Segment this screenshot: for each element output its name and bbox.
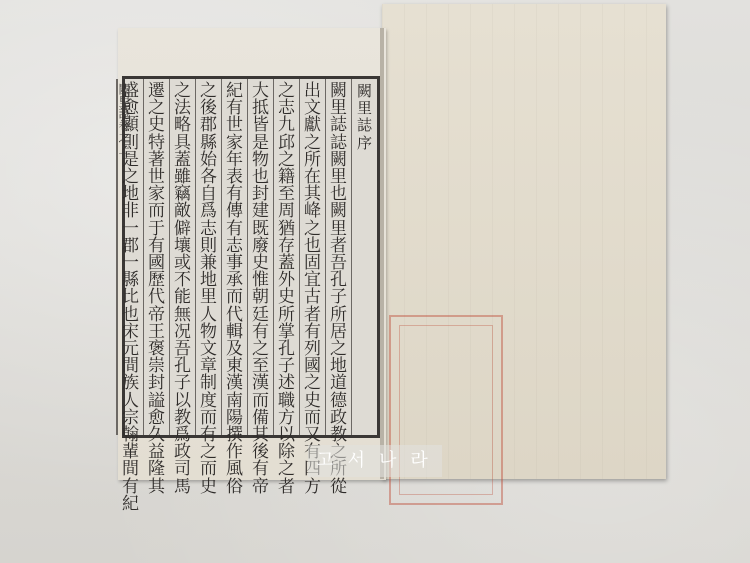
text-column: 紀有世家年表有傳有志事承而代輯及東漢南陽撰作風俗 (221, 79, 247, 435)
text-column: 闕里誌誌闕里也闕里者吾孔子所居之地道德政教之所從 (325, 79, 351, 435)
glyph: 序 (357, 135, 372, 152)
volume-label: 闕里誌卷之上 (117, 83, 131, 155)
glyph: 者 (278, 479, 295, 496)
glyph: 史 (200, 479, 217, 496)
glyph: 其 (148, 479, 165, 496)
glyph: 誌 (357, 117, 372, 134)
text-column: 出文獻之所在其𡶶之也固宜古者有列國之史而又有四方 (299, 79, 325, 435)
glyph: 帝 (252, 479, 269, 496)
text-columns: 闕里誌序 闕里誌誌闕里也闕里者吾孔子所居之地道德政教之所從 出文獻之所在其𡶶之也… (125, 79, 377, 435)
centre-fold-label: 闕里誌卷之上 (116, 79, 117, 435)
glyph: 從 (330, 479, 347, 496)
text-column: 遷之史特著世家而于有國歷代帝王褒崇封謚愈久益隆其 (143, 79, 169, 435)
glyph: 紀 (122, 496, 139, 513)
text-column: 之志九邱之籍至周猶存蓋外史所掌孔子述職方以除之者 (273, 79, 299, 435)
glyph: 俗 (226, 479, 243, 496)
column-title: 闕里誌序 (351, 79, 377, 435)
book-spine (380, 28, 384, 479)
printed-text-frame: 闕里誌序 闕里誌誌闕里也闕里者吾孔子所居之地道德政教之所從 出文獻之所在其𡶶之也… (122, 76, 380, 438)
glyph: 馬 (174, 479, 191, 496)
text-column: 之後郡縣始各自爲志則兼地里人物文章制度而有之而史 (195, 79, 221, 435)
glyph: 方 (304, 479, 321, 496)
glyph: 闕 (357, 83, 372, 100)
right-page-blank (382, 4, 666, 479)
text-column: 大抵皆是物也封建既廢史惟朝廷有之至漢而備其後有帝 (247, 79, 273, 435)
watermark: 고서나라 (308, 445, 442, 477)
glyph: 里 (357, 100, 372, 117)
text-column: 之法略具蓋雖竊敵僻壤或不能無况吾孔子以教爲政司馬 (169, 79, 195, 435)
